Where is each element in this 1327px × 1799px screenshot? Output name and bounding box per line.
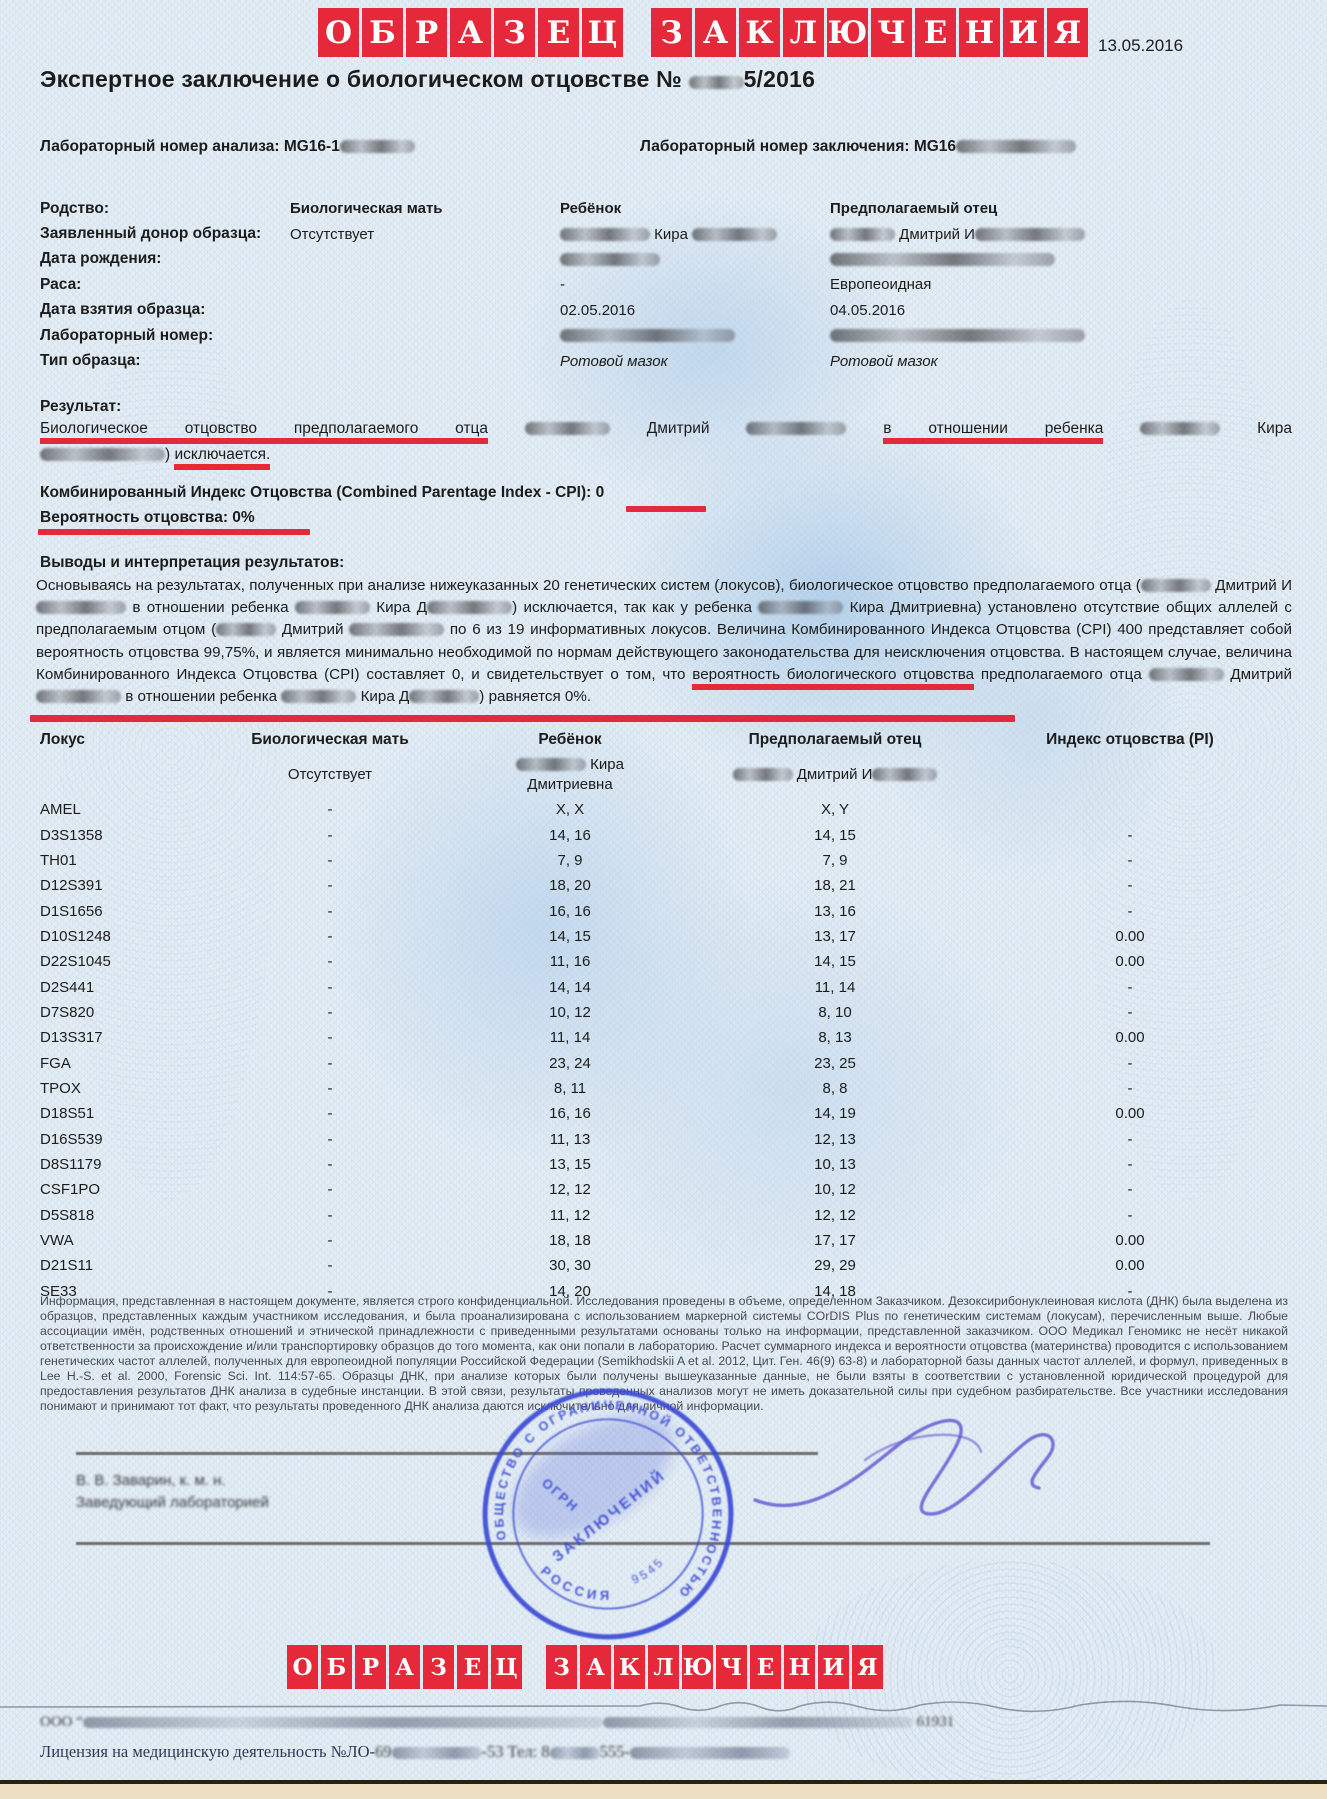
locus-value: -	[200, 827, 460, 844]
locus-value: -	[200, 1181, 460, 1198]
banner-letter-box: Я	[852, 1645, 883, 1689]
locus-table-header: ЛокусБиологическая матьРебёнокПредполага…	[0, 731, 1327, 749]
text-run: Лабораторный номер анализа: MG16-1	[40, 138, 340, 155]
redacted-smudge	[692, 228, 777, 241]
banner-letter-box: К	[614, 1645, 645, 1689]
locus-name: D8S1179	[40, 1156, 200, 1173]
text-run: Кира	[1220, 420, 1292, 437]
text-run: 69	[375, 1742, 392, 1761]
kinship-child-cell	[560, 251, 830, 268]
redacted-smudge	[1149, 668, 1224, 681]
banner-letter-box: А	[389, 1645, 420, 1689]
kinship-row: Дата рождения:	[40, 247, 1290, 272]
locus-value: -	[200, 928, 460, 945]
locus-table-subheader: Отсутствует КираДмитриевна Дмитрий И	[0, 753, 1327, 797]
text-run: вероятность биологического отцовства	[692, 666, 974, 690]
locus-name: D16S539	[40, 1131, 200, 1148]
locus-value: 14, 19	[680, 1105, 990, 1122]
locus-value: -	[200, 1232, 460, 1249]
text-run: в отношении ребенка	[883, 420, 1103, 444]
text-run: Кира	[586, 756, 624, 773]
redacted-smudge	[830, 329, 1085, 342]
redacted-smudge	[560, 253, 660, 266]
document-date: 13.05.2016	[1098, 36, 1183, 56]
redacted-smudge	[83, 1717, 603, 1728]
locus-column-header: Биологическая мать	[200, 731, 460, 749]
banner-letter-box: З	[494, 8, 535, 57]
locus-value: 14, 14	[460, 979, 680, 996]
locus-value: 30, 30	[460, 1257, 680, 1274]
text-run: 04.05.2016	[830, 302, 905, 319]
redacted-smudge	[830, 228, 895, 241]
result-line-2: ) исключается.	[40, 446, 270, 464]
banner-letter-box: Б	[362, 8, 403, 57]
locus-column-header: Ребёнок	[460, 731, 680, 749]
banner-letter-box: Ч	[871, 8, 912, 57]
locus-row: TH01-7, 97, 9-	[0, 848, 1327, 873]
locus-value: 0.00	[990, 1257, 1270, 1274]
locus-row: D1S1656-16, 1613, 16-	[0, 898, 1327, 923]
locus-row: D5S818-11, 1212, 12-	[0, 1203, 1327, 1228]
locus-value: 12, 13	[680, 1131, 990, 1148]
banner-letter-box: Ч	[716, 1645, 747, 1689]
locus-value: -	[990, 1156, 1270, 1173]
banner-letter-box: И	[1003, 8, 1044, 57]
text-run: ) исключается, так как у ребенка	[512, 599, 758, 616]
locus-row: D3S1358-14, 1614, 15-	[0, 822, 1327, 847]
redacted-smudge	[295, 601, 370, 614]
text-run: Дмитрий	[610, 420, 747, 437]
locus-name: D2S441	[40, 979, 200, 996]
kinship-row: Лабораторный номер:	[40, 323, 1290, 348]
locus-value: 18, 18	[460, 1232, 680, 1249]
banner-letter-box: Е	[750, 1645, 781, 1689]
text-run	[1103, 420, 1140, 437]
redacted-smudge	[409, 690, 479, 703]
redacted-smudge	[975, 228, 1085, 241]
watermark-banner-top: ОБРАЗЕЦЗАКЛЮЧЕНИЯ	[318, 8, 1088, 57]
text-run: Ротовой мазок	[830, 353, 938, 370]
banner-letter-box: Я	[1047, 8, 1088, 57]
locus-value: 11, 13	[460, 1131, 680, 1148]
banner-letter-box: Б	[321, 1645, 352, 1689]
banner-letter-box: Е	[915, 8, 956, 57]
locus-row: D10S1248-14, 1513, 170.00	[0, 924, 1327, 949]
text-run: 555-	[600, 1742, 630, 1761]
locus-value: 18, 21	[680, 877, 990, 894]
text-run: ) равняется 0%.	[479, 688, 591, 705]
locus-value: 11, 14	[680, 979, 990, 996]
cpi-line: Комбинированный Индекс Отцовства (Combin…	[40, 484, 604, 502]
text-run: Ребёнок	[560, 200, 621, 217]
kinship-father-cell	[830, 327, 1290, 344]
text-run: 02.05.2016	[560, 302, 635, 319]
locus-value: 14, 15	[460, 928, 680, 945]
kinship-child-cell: 02.05.2016	[560, 302, 830, 319]
locus-column-header: Предполагаемый отец	[680, 731, 990, 749]
locus-value: 16, 16	[460, 1105, 680, 1122]
banner-letter-box: Н	[959, 8, 1000, 57]
locus-name: D7S820	[40, 1004, 200, 1021]
locus-name: D13S317	[40, 1029, 200, 1046]
text-run: Дмитриевна	[527, 776, 612, 793]
locus-value: -	[200, 953, 460, 970]
redacted-smudge	[40, 448, 165, 461]
kinship-mother-cell: Отсутствует	[290, 226, 560, 243]
banner-letter-box: Р	[406, 8, 447, 57]
locus-value: -	[990, 877, 1270, 894]
locus-value: -	[990, 1080, 1270, 1097]
locus-value: 16, 16	[460, 903, 680, 920]
locus-value: -	[200, 1105, 460, 1122]
locus-row: TPOX-8, 118, 8-	[0, 1076, 1327, 1101]
locus-name: D5S818	[40, 1207, 200, 1224]
locus-value: 0.00	[990, 1105, 1270, 1122]
locus-value: 8, 10	[680, 1004, 990, 1021]
locus-value: 17, 17	[680, 1232, 990, 1249]
text-run: в отношении ребенка	[126, 599, 295, 616]
red-underline-long	[30, 715, 1015, 722]
text-run	[488, 420, 525, 437]
lab-number-conclusion: Лабораторный номер заключения: MG16	[640, 138, 1076, 156]
redacted-smudge	[560, 329, 735, 342]
banner-letter-box: Е	[538, 8, 579, 57]
locus-row: FGA-23, 2423, 25-	[0, 1050, 1327, 1075]
text-run: Европеоидная	[830, 276, 931, 293]
conclusions-heading: Выводы и интерпретация результатов:	[40, 554, 344, 572]
redacted-smudge	[550, 1747, 600, 1759]
locus-value: X, X	[460, 801, 680, 818]
locus-value: 13, 16	[680, 903, 990, 920]
kinship-child-cell: Ребёнок	[560, 200, 830, 217]
lab-number-analysis: Лабораторный номер анализа: MG16-1	[40, 138, 415, 156]
locus-value: -	[200, 877, 460, 894]
locus-column-header: Индекс отцовства (PI)	[990, 731, 1270, 749]
redacted-smudge	[560, 228, 650, 241]
text-run: Кира Д	[370, 599, 427, 616]
locus-row: D13S317-11, 148, 130.00	[0, 1025, 1327, 1050]
locus-value: -	[200, 1029, 460, 1046]
locus-name: TPOX	[40, 1080, 200, 1097]
locus-value: -	[200, 1080, 460, 1097]
text-run: Отсутствует	[288, 766, 372, 783]
text-run: исключается.	[174, 446, 270, 470]
locus-name: D3S1358	[40, 827, 200, 844]
locus-value: -	[990, 1004, 1270, 1021]
text-run: ООО “	[40, 1714, 83, 1730]
banner-letter-box: Ю	[827, 8, 868, 57]
locus-value: -	[990, 1181, 1270, 1198]
locus-value: 13, 15	[460, 1156, 680, 1173]
svg-text:9545: 9545	[626, 1552, 671, 1587]
redacted-smudge	[427, 601, 512, 614]
locus-value: 10, 12	[680, 1181, 990, 1198]
text-run: Экспертное заключение о биологическом от…	[40, 66, 689, 92]
text-run: 61931	[913, 1714, 954, 1730]
locus-value: 0.00	[990, 928, 1270, 945]
locus-value: 0.00	[990, 1029, 1270, 1046]
text-run: Дмитрий	[276, 621, 349, 638]
text-run: -53 Тел: 8	[482, 1742, 550, 1761]
locus-value: -	[990, 852, 1270, 869]
locus-name: FGA	[40, 1055, 200, 1072]
kinship-child-cell: -	[560, 276, 830, 293]
banner-letter-box: З	[423, 1645, 454, 1689]
redacted-smudge	[36, 601, 126, 614]
text-run: в отношении ребенка	[121, 688, 281, 705]
text-run: предполагаемого отца	[974, 666, 1149, 683]
locus-value: -	[990, 1055, 1270, 1072]
redacted-smudge	[392, 1747, 482, 1759]
locus-value: 18, 20	[460, 877, 680, 894]
locus-value: 7, 9	[460, 852, 680, 869]
text-run: Ротовой мазок	[560, 353, 668, 370]
redacted-smudge	[516, 758, 586, 771]
signatory-name: В. В. Заварин, к. м. н.	[76, 1472, 226, 1489]
locus-value: -	[200, 1055, 460, 1072]
locus-column-header: Локус	[40, 731, 200, 749]
banner-letter-box: Ц	[582, 8, 623, 57]
locus-name: D18S51	[40, 1105, 200, 1122]
footer-license-line: Лицензия на медицинскую деятельность №ЛО…	[40, 1742, 790, 1762]
kinship-mother-cell: Биологическая мать	[290, 200, 560, 217]
text-run: Лицензия на медицинскую деятельность №ЛО…	[40, 1742, 375, 1761]
redacted-smudge	[525, 422, 610, 435]
locus-table-body: AMEL-X, XX, YD3S1358-14, 1614, 15-TH01-7…	[0, 797, 1327, 1304]
locus-value: -	[200, 979, 460, 996]
text-run: Лабораторный номер заключения: MG16	[640, 138, 956, 155]
locus-value: -	[200, 801, 460, 818]
handwritten-signature	[745, 1400, 1095, 1545]
redacted-smudge	[630, 1747, 790, 1759]
locus-name: VWA	[40, 1232, 200, 1249]
text-run: Предполагаемый отец	[830, 200, 997, 217]
locus-value: -	[990, 1207, 1270, 1224]
kinship-row: Родство:Биологическая матьРебёнокПредпол…	[40, 196, 1290, 221]
text-run: Кира Д	[356, 688, 409, 705]
locus-row: D18S51-16, 1614, 190.00	[0, 1101, 1327, 1126]
locus-value: 10, 12	[460, 1004, 680, 1021]
banner-letter-box: Л	[648, 1645, 679, 1689]
kinship-row: Раса:-Европеоидная	[40, 272, 1290, 297]
banner-letter-box: А	[695, 8, 736, 57]
kinship-child-cell: Кира	[560, 226, 830, 243]
result-heading: Результат:	[40, 398, 121, 416]
kinship-child-cell	[560, 327, 830, 344]
banner-letter-box: З	[651, 8, 692, 57]
locus-row: D21S11-30, 3029, 290.00	[0, 1253, 1327, 1278]
text-run: Дмитрий И	[1211, 577, 1292, 594]
kinship-label: Дата рождения:	[40, 250, 290, 268]
red-underline	[626, 506, 706, 512]
locus-value: 12, 12	[680, 1207, 990, 1224]
locus-subheader-cell: Отсутствует	[200, 765, 460, 785]
locus-value: 23, 25	[680, 1055, 990, 1072]
kinship-label: Заявленный донор образца:	[40, 225, 290, 243]
redacted-smudge	[1140, 422, 1220, 435]
text-run	[846, 420, 883, 437]
locus-name: D21S11	[40, 1257, 200, 1274]
locus-value: -	[200, 903, 460, 920]
banner-letter-box: Е	[457, 1645, 488, 1689]
kinship-father-cell: Предполагаемый отец	[830, 200, 1290, 217]
locus-name: D22S1045	[40, 953, 200, 970]
redacted-smudge	[349, 623, 444, 636]
locus-value: 11, 16	[460, 953, 680, 970]
redacted-smudge	[689, 76, 744, 89]
text-run: Дмитрий И	[793, 766, 873, 783]
red-underline	[38, 529, 310, 535]
kinship-row: Тип образца:Ротовой мазокРотовой мазок	[40, 348, 1290, 373]
locus-value: -	[200, 852, 460, 869]
locus-value: 13, 17	[680, 928, 990, 945]
locus-table: ЛокусБиологическая матьРебёнокПредполага…	[0, 731, 1327, 1304]
kinship-label: Дата взятия образца:	[40, 301, 290, 319]
banner-letter-box: О	[287, 1645, 318, 1689]
locus-value: 8, 13	[680, 1029, 990, 1046]
locus-name: AMEL	[40, 801, 200, 818]
redacted-smudge	[872, 768, 937, 781]
locus-value: 11, 12	[460, 1207, 680, 1224]
redacted-smudge	[830, 253, 1055, 266]
locus-value: 12, 12	[460, 1181, 680, 1198]
locus-value: 14, 15	[680, 953, 990, 970]
locus-value: 23, 24	[460, 1055, 680, 1072]
locus-row: D16S539-11, 1312, 13-	[0, 1126, 1327, 1151]
locus-value: X, Y	[680, 801, 990, 818]
locus-value: -	[990, 903, 1270, 920]
locus-row: D12S391-18, 2018, 21-	[0, 873, 1327, 898]
text-run: Дмитрий	[1224, 666, 1292, 683]
probability-line: Вероятность отцовства: 0%	[40, 509, 255, 527]
banner-letter-box: Л	[783, 8, 824, 57]
locus-name: D10S1248	[40, 928, 200, 945]
locus-value: 0.00	[990, 953, 1270, 970]
locus-value: 7, 9	[680, 852, 990, 869]
conclusions-paragraph: Основываясь на результатах, полученных п…	[36, 575, 1292, 708]
text-run: Биологическое отцовство предполагаемого …	[40, 420, 488, 444]
redacted-smudge	[733, 768, 793, 781]
locus-value: 10, 13	[680, 1156, 990, 1173]
text-run: Дмитрий И	[895, 226, 975, 243]
kinship-father-cell: Дмитрий И	[830, 226, 1290, 243]
locus-value: 14, 16	[460, 827, 680, 844]
text-run: Кира	[650, 226, 692, 243]
footer-company-line: ООО “ 61931	[40, 1714, 1300, 1731]
locus-value: -	[990, 979, 1270, 996]
redacted-smudge	[746, 422, 846, 435]
kinship-table: Родство:Биологическая матьРебёнокПредпол…	[40, 196, 1290, 374]
banner-letter-box: Н	[784, 1645, 815, 1689]
locus-subheader-cell: КираДмитриевна	[460, 755, 680, 795]
redacted-smudge	[340, 140, 415, 153]
kinship-label: Тип образца:	[40, 352, 290, 370]
scan-edge-strip	[0, 1780, 1327, 1799]
text-run: Отсутствует	[290, 226, 374, 243]
locus-value: 8, 11	[460, 1080, 680, 1097]
redacted-smudge	[603, 1717, 913, 1728]
redacted-smudge	[758, 601, 843, 614]
result-line-1: Биологическое отцовство предполагаемого …	[40, 420, 1292, 438]
kinship-father-cell: Европеоидная	[830, 276, 1290, 293]
locus-value: -	[200, 1207, 460, 1224]
locus-value: -	[990, 1131, 1270, 1148]
locus-row: D8S1179-13, 1510, 13-	[0, 1152, 1327, 1177]
locus-value: 8, 8	[680, 1080, 990, 1097]
kinship-label: Лабораторный номер:	[40, 327, 290, 345]
locus-name: TH01	[40, 852, 200, 869]
locus-row: D22S1045-11, 1614, 150.00	[0, 949, 1327, 974]
locus-row: D7S820-10, 128, 10-	[0, 1000, 1327, 1025]
redacted-smudge	[36, 690, 121, 703]
locus-subheader-cell: Дмитрий И	[680, 765, 990, 785]
text-run: Биологическая мать	[290, 200, 443, 217]
kinship-father-cell: Ротовой мазок	[830, 353, 1290, 370]
text-run: -	[560, 276, 565, 293]
redacted-smudge	[281, 690, 356, 703]
kinship-label: Родство:	[40, 200, 290, 218]
locus-value: 14, 15	[680, 827, 990, 844]
kinship-father-cell	[830, 251, 1290, 268]
banner-letter-box: И	[818, 1645, 849, 1689]
banner-letter-box: Ю	[682, 1645, 713, 1689]
locus-name: CSF1PO	[40, 1181, 200, 1198]
locus-row: CSF1PO-12, 1210, 12-	[0, 1177, 1327, 1202]
banner-letter-box: К	[739, 8, 780, 57]
locus-value: -	[200, 1257, 460, 1274]
locus-value: -	[200, 1004, 460, 1021]
banner-letter-box: Р	[355, 1645, 386, 1689]
text-run: 5/2016	[744, 66, 816, 92]
locus-value: -	[200, 1156, 460, 1173]
stamp-digits: 9545	[626, 1552, 671, 1587]
redacted-smudge	[216, 623, 276, 636]
locus-value: 29, 29	[680, 1257, 990, 1274]
kinship-row: Заявленный донор образца:Отсутствует Кир…	[40, 221, 1290, 246]
redacted-smudge	[956, 140, 1076, 153]
text-run: Основываясь на результатах, полученных п…	[36, 577, 1141, 594]
locus-name: D12S391	[40, 877, 200, 894]
redacted-smudge	[1141, 579, 1211, 592]
banner-letter-box: А	[450, 8, 491, 57]
locus-value: 0.00	[990, 1232, 1270, 1249]
locus-row: AMEL-X, XX, Y	[0, 797, 1327, 822]
locus-value: 11, 14	[460, 1029, 680, 1046]
kinship-father-cell: 04.05.2016	[830, 302, 1290, 319]
banner-letter-box: О	[318, 8, 359, 57]
locus-name: D1S1656	[40, 903, 200, 920]
signatory-role: Заведующий лабораторией	[76, 1494, 269, 1511]
page-title: Экспертное заключение о биологическом от…	[40, 66, 815, 93]
locus-row: VWA-18, 1817, 170.00	[0, 1228, 1327, 1253]
kinship-row: Дата взятия образца:02.05.201604.05.2016	[40, 298, 1290, 323]
locus-value: -	[200, 1131, 460, 1148]
locus-value: -	[990, 827, 1270, 844]
locus-row: D2S441-14, 1411, 14-	[0, 974, 1327, 999]
scanned-document-page: ОБРАЗЕЦЗАКЛЮЧЕНИЯ 13.05.2016 Экспертное …	[0, 0, 1327, 1799]
kinship-label: Раса:	[40, 276, 290, 294]
kinship-child-cell: Ротовой мазок	[560, 353, 830, 370]
